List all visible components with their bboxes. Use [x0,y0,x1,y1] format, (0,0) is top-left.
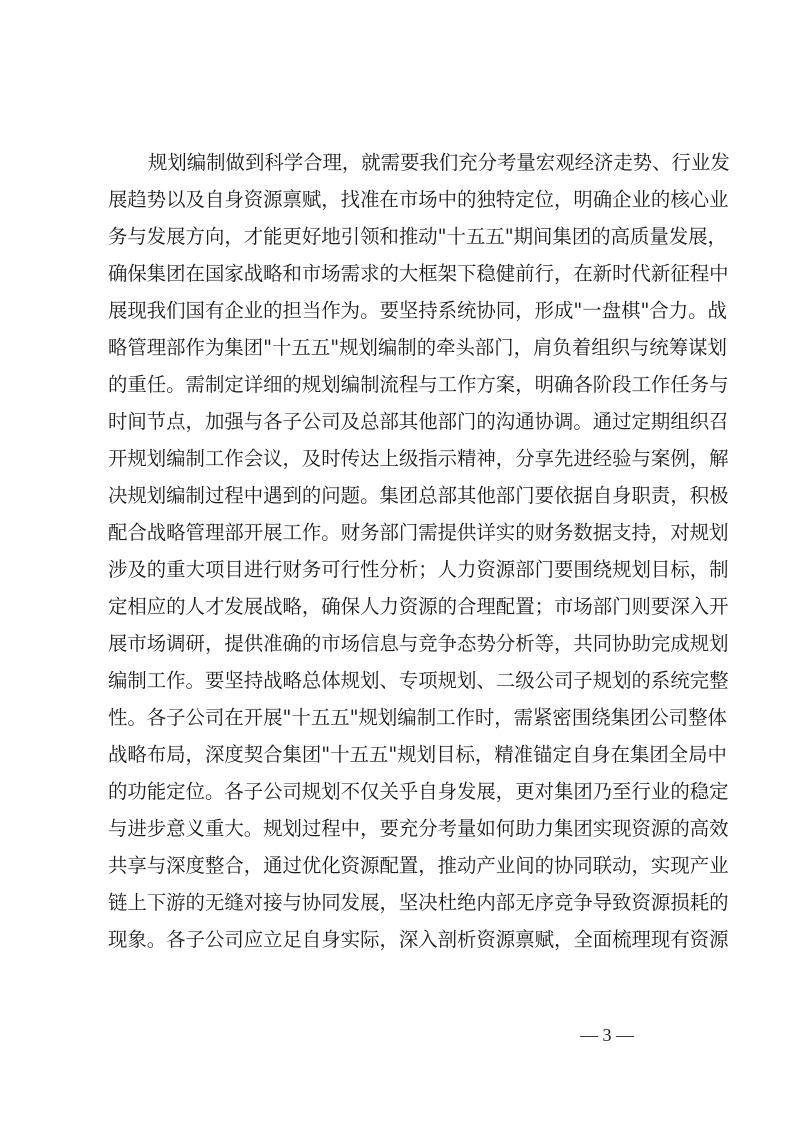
text-line: 的功能定位。各子公司规划不仅关乎自身发展，更对集团乃至行业的稳定 [108,773,693,810]
text-line: 配合战略管理部开展工作。财务部门需提供详实的财务数据支持，对规划 [108,514,693,551]
text-line: 务与发展方向，才能更好地引领和推动"十五五"期间集团的高质量发展， [108,218,693,255]
text-line: 编制工作。要坚持战略总体规划、专项规划、二级公司子规划的系统完整 [108,662,693,699]
text-line: 决规划编制过程中遇到的问题。集团总部其他部门要依据自身职责，积极 [108,477,693,514]
page-number: — 3 — [580,1020,680,1050]
text-line: 展趋势以及自身资源禀赋，找准在市场中的独特定位，明确企业的核心业 [108,181,693,218]
text-line: 共享与深度整合，通过优化资源配置，推动产业间的协同联动，实现产业 [108,847,693,884]
text-line: 规划编制做到科学合理，就需要我们充分考量宏观经济走势、行业发 [108,144,693,181]
document-page: 规划编制做到科学合理，就需要我们充分考量宏观经济走势、行业发 展趋势以及自身资源… [0,0,793,1122]
body-paragraph: 规划编制做到科学合理，就需要我们充分考量宏观经济走势、行业发 展趋势以及自身资源… [108,144,693,958]
text-line: 的重任。需制定详细的规划编制流程与工作方案，明确各阶段工作任务与 [108,366,693,403]
text-line: 性。各子公司在开展"十五五"规划编制工作时，需紧密围绕集团公司整体 [108,699,693,736]
text-line: 时间节点，加强与各子公司及总部其他部门的沟通协调。通过定期组织召 [108,403,693,440]
text-line: 战略布局，深度契合集团"十五五"规划目标，精准锚定自身在集团全局中 [108,736,693,773]
text-line: 与进步意义重大。规划过程中，要充分考量如何助力集团实现资源的高效 [108,810,693,847]
text-line: 确保集团在国家战略和市场需求的大框架下稳健前行，在新时代新征程中 [108,255,693,292]
text-line: 现象。各子公司应立足自身实际，深入剖析资源禀赋，全面梳理现有资源 [108,921,693,958]
text-line: 展现我们国有企业的担当作为。要坚持系统协同，形成"一盘棋"合力。战 [108,292,693,329]
text-line: 链上下游的无缝对接与协同发展，坚决杜绝内部无序竞争导致资源损耗的 [108,884,693,921]
text-line: 定相应的人才发展战略，确保人力资源的合理配置；市场部门则要深入开 [108,588,693,625]
text-line: 略管理部作为集团"十五五"规划编制的牵头部门，肩负着组织与统筹谋划 [108,329,693,366]
text-line: 展市场调研，提供准确的市场信息与竞争态势分析等，共同协助完成规划 [108,625,693,662]
text-line: 开规划编制工作会议，及时传达上级指示精神，分享先进经验与案例，解 [108,440,693,477]
text-line: 涉及的重大项目进行财务可行性分析；人力资源部门要围绕规划目标，制 [108,551,693,588]
